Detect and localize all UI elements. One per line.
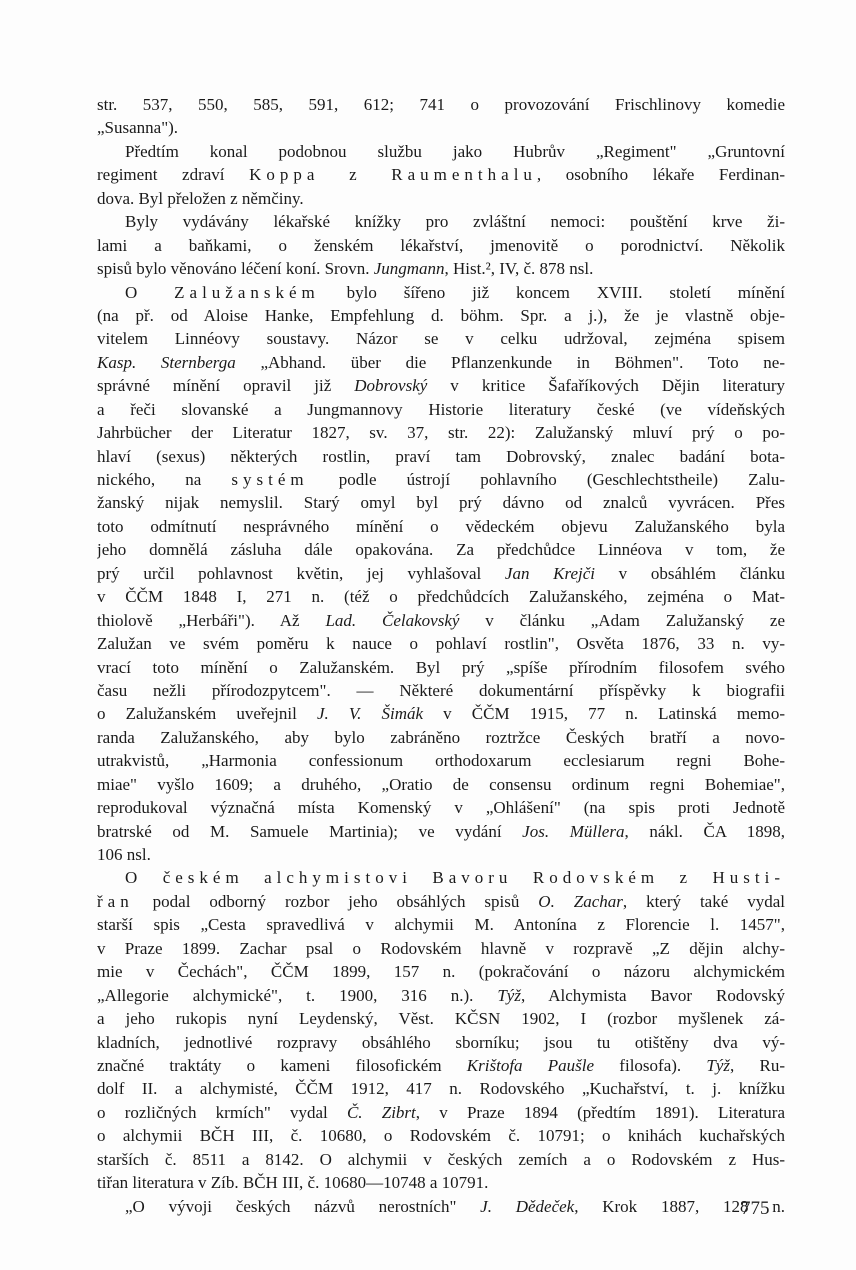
- text-line: bratrské od M. Samuele Martinia); ve vyd…: [97, 820, 785, 843]
- text-segment: Jahrbücher der Literatur 1827, sv. 37, s…: [97, 423, 785, 442]
- text-line: prý určil pohlavnost květin, jej vyhlašo…: [97, 562, 785, 585]
- text-line: str. 537, 550, 585, 591, 612; 741 o prov…: [97, 93, 785, 116]
- spaced-emphasis: Koppa z Raumenthalu: [249, 165, 537, 184]
- text-line: a řeči slovanské a Jungmannovy Historie …: [97, 398, 785, 421]
- text-line: „Susanna").: [97, 116, 785, 139]
- text-segment: starších č. 8511 a 8142. O alchymii v če…: [97, 1150, 785, 1169]
- text-line: starších č. 8511 a 8142. O alchymii v če…: [97, 1148, 785, 1171]
- italic-citation: Kasp. Sternberga: [97, 353, 236, 372]
- italic-citation: Týž: [497, 986, 521, 1005]
- text-segment: filosofa).: [594, 1056, 706, 1075]
- text-segment: podle ústrojí pohlavního (Geschlechtsthe…: [309, 470, 785, 489]
- text-segment: jeho domnělá zásluha dále opakována. Za …: [97, 540, 785, 559]
- text-line: O Zalužanském bylo šířeno již koncem XVI…: [97, 281, 785, 304]
- italic-citation: J. Dědeček: [480, 1197, 574, 1216]
- text-line: Předtím konal podobnou službu jako Hubrů…: [97, 140, 785, 163]
- italic-citation: Dobrovský: [354, 376, 427, 395]
- text-line: správné mínění opravil již Dobrovský v k…: [97, 374, 785, 397]
- text-line: řan podal odborný rozbor jeho obsáhlých …: [97, 890, 785, 913]
- text-segment: , Hist.², IV, č. 878 nsl.: [445, 259, 594, 278]
- page-number: 775: [741, 1198, 770, 1220]
- italic-citation: O. Zachar: [538, 892, 623, 911]
- text-segment: , Alchymista Bavor Rodovský: [521, 986, 785, 1005]
- text-segment: „Allegorie alchymické", t. 1900, 316 n.)…: [97, 986, 497, 1005]
- text-line: času nežli přírodozpytcem". — Některé do…: [97, 679, 785, 702]
- text-segment: kladních, jednotlivé rozpravy obsáhlého …: [97, 1033, 785, 1052]
- text-line: toto odmítnutí nesprávného mínění o věde…: [97, 515, 785, 538]
- text-segment: Předtím konal podobnou službu jako Hubrů…: [125, 142, 785, 161]
- text-segment: dolf II. a alchymisté, ČČM 1912, 417 n. …: [97, 1079, 785, 1098]
- text-segment: Byly vydávány lékařské knížky pro zvlášt…: [125, 212, 785, 231]
- text-segment: v Praze 1899. Zachar psal o Rodovském hl…: [97, 939, 785, 958]
- text-segment: „O vývoji českých názvů nerostních": [125, 1197, 480, 1216]
- text-line: randa Zalužanského, aby bylo zabráněno r…: [97, 726, 785, 749]
- italic-citation: Jungmann: [374, 259, 445, 278]
- text-line: o rozličných krmích" vydal Č. Zibrt, v P…: [97, 1101, 785, 1124]
- italic-citation: J. V. Šimák: [317, 704, 423, 723]
- text-segment: v kritice Šafaříkových Dějin literatury: [427, 376, 785, 395]
- text-line: a jeho rukopis nyní Leydenský, Věst. KČS…: [97, 1007, 785, 1030]
- text-line: značné traktáty o kameni filosofickém Kr…: [97, 1054, 785, 1077]
- text-segment: lami a baňkami, o ženském lékařství, jme…: [97, 236, 785, 255]
- text-segment: , v Praze 1894 (předtím 1891). Literatur…: [416, 1103, 785, 1122]
- text-segment: „Abhand. über die Pflanzenkunde in Böhme…: [236, 353, 785, 372]
- italic-citation: Lad. Čelakovský: [325, 611, 459, 630]
- text-line: hlaví (sexus) některých rostlin, praví t…: [97, 445, 785, 468]
- text-segment: bylo šířeno již koncem XVIII. století mí…: [320, 283, 785, 302]
- italic-citation: Č. Zibrt: [347, 1103, 416, 1122]
- book-page: str. 537, 550, 585, 591, 612; 741 o prov…: [0, 0, 856, 1270]
- text-line: thiolově „Herbáři"). Až Lad. Čelakovský …: [97, 609, 785, 632]
- text-line: starší spis „Cesta spravedlivá v alchymi…: [97, 913, 785, 936]
- text-segment: „Susanna").: [97, 118, 178, 137]
- text-line: jeho domnělá zásluha dále opakována. Za …: [97, 538, 785, 561]
- text-segment: vrací toto mínění o Zalužanském. Byl prý…: [97, 658, 785, 677]
- text-line: Zalužan ve svém poměru k nauce o pohlaví…: [97, 632, 785, 655]
- text-segment: správné mínění opravil již: [97, 376, 354, 395]
- spaced-emphasis: řan: [97, 892, 134, 911]
- text-line: „O vývoji českých názvů nerostních" J. D…: [97, 1195, 785, 1218]
- text-line: tiřan literatura v Zíb. BČH III, č. 1068…: [97, 1171, 785, 1194]
- text-segment: , který také vydal: [623, 892, 785, 911]
- text-segment: žanský nijak nemyslil. Starý omyl byl pr…: [97, 493, 785, 512]
- text-segment: a řeči slovanské a Jungmannovy Historie …: [97, 400, 785, 419]
- text-segment: podal odborný rozbor jeho obsáhlých spis…: [134, 892, 539, 911]
- text-line: (na př. od Aloise Hanke, Empfehlung d. b…: [97, 304, 785, 327]
- text-segment: thiolově „Herbáři"). Až: [97, 611, 325, 630]
- spaced-emphasis: systém: [231, 470, 308, 489]
- text-segment: , osobního lékaře Ferdinan-: [537, 165, 785, 184]
- text-segment: bratrské od M. Samuele Martinia); ve vyd…: [97, 822, 522, 841]
- text-segment: 106 nsl.: [97, 845, 151, 864]
- text-segment: , Ru-: [730, 1056, 785, 1075]
- text-line: dolf II. a alchymisté, ČČM 1912, 417 n. …: [97, 1077, 785, 1100]
- text-segment: o Zalužanském uveřejnil: [97, 704, 317, 723]
- text-segment: , nákl. ČA 1898,: [624, 822, 785, 841]
- italic-citation: Týž: [706, 1056, 730, 1075]
- text-line: regiment zdraví Koppa z Raumenthalu, oso…: [97, 163, 785, 186]
- text-line: utrakvistů, „Harmonia confessionum ortho…: [97, 749, 785, 772]
- text-segment: hlaví (sexus) některých rostlin, praví t…: [97, 447, 785, 466]
- text-segment: vitelem Linnéovy soustavy. Názor se v ce…: [97, 329, 785, 348]
- text-line: vitelem Linnéovy soustavy. Názor se v ce…: [97, 327, 785, 350]
- text-segment: v obsáhlém článku: [595, 564, 785, 583]
- text-line: miae" vyšlo 1609; a druhého, „Oratio de …: [97, 773, 785, 796]
- spaced-emphasis: O českém alchymistovi Bavoru Rodovském z…: [125, 868, 785, 887]
- text-line: o alchymii BČH III, č. 10680, o Rodovské…: [97, 1124, 785, 1147]
- text-line: Jahrbücher der Literatur 1827, sv. 37, s…: [97, 421, 785, 444]
- text-segment: Zalužan ve svém poměru k nauce o pohlaví…: [97, 634, 785, 653]
- text-segment: miae" vyšlo 1609; a druhého, „Oratio de …: [97, 775, 785, 794]
- text-line: Byly vydávány lékařské knížky pro zvlášt…: [97, 210, 785, 233]
- text-segment: značné traktáty o kameni filosofickém: [97, 1056, 467, 1075]
- text-line: lami a baňkami, o ženském lékařství, jme…: [97, 234, 785, 257]
- text-segment: tiřan literatura v Zíb. BČH III, č. 1068…: [97, 1173, 488, 1192]
- text-line: Kasp. Sternberga „Abhand. über die Pflan…: [97, 351, 785, 374]
- text-segment: o alchymii BČH III, č. 10680, o Rodovské…: [97, 1126, 785, 1145]
- text-line: nického, na systém podle ústrojí pohlavn…: [97, 468, 785, 491]
- text-segment: v článku „Adam Zalužanský ze: [459, 611, 785, 630]
- text-segment: (na př. od Aloise Hanke, Empfehlung d. b…: [97, 306, 785, 325]
- text-line: žanský nijak nemyslil. Starý omyl byl pr…: [97, 491, 785, 514]
- text-segment: str. 537, 550, 585, 591, 612; 741 o prov…: [97, 95, 785, 114]
- text-line: vrací toto mínění o Zalužanském. Byl prý…: [97, 656, 785, 679]
- text-line: v Praze 1899. Zachar psal o Rodovském hl…: [97, 937, 785, 960]
- text-line: v ČČM 1848 I, 271 n. (též o předchůdcích…: [97, 585, 785, 608]
- text-segment: utrakvistů, „Harmonia confessionum ortho…: [97, 751, 785, 770]
- text-line: „Allegorie alchymické", t. 1900, 316 n.)…: [97, 984, 785, 1007]
- text-segment: a jeho rukopis nyní Leydenský, Věst. KČS…: [97, 1009, 785, 1028]
- text-segment: času nežli přírodozpytcem". — Některé do…: [97, 681, 785, 700]
- text-segment: prý určil pohlavnost květin, jej vyhlašo…: [97, 564, 505, 583]
- text-segment: mie v Čechách", ČČM 1899, 157 n. (pokrač…: [97, 962, 785, 981]
- text-line: kladních, jednotlivé rozpravy obsáhlého …: [97, 1031, 785, 1054]
- text-segment: randa Zalužanského, aby bylo zabráněno r…: [97, 728, 785, 747]
- text-segment: o rozličných krmích" vydal: [97, 1103, 347, 1122]
- italic-citation: Jan Krejči: [505, 564, 595, 583]
- text-line: mie v Čechách", ČČM 1899, 157 n. (pokrač…: [97, 960, 785, 983]
- text-segment: reprodukoval význačná místa Komenský v „…: [97, 798, 785, 817]
- text-line: spisů bylo věnováno léčení koní. Srovn. …: [97, 257, 785, 280]
- text-segment: nického, na: [97, 470, 231, 489]
- italic-citation: Jos. Müllera: [522, 822, 624, 841]
- spaced-emphasis: O Zalužanském: [125, 283, 320, 302]
- text-segment: spisů bylo věnováno léčení koní. Srovn.: [97, 259, 374, 278]
- text-line: reprodukoval význačná místa Komenský v „…: [97, 796, 785, 819]
- text-line: O českém alchymistovi Bavoru Rodovském z…: [97, 866, 785, 889]
- text-segment: v ČČM 1915, 77 n. Latinská memo-: [423, 704, 785, 723]
- text-line: 106 nsl.: [97, 843, 785, 866]
- text-segment: v ČČM 1848 I, 271 n. (též o předchůdcích…: [97, 587, 785, 606]
- italic-citation: Krištofa Paušle: [467, 1056, 594, 1075]
- text-segment: regiment zdraví: [97, 165, 249, 184]
- text-segment: starší spis „Cesta spravedlivá v alchymi…: [97, 915, 785, 934]
- text-segment: dova. Byl přeložen z němčiny.: [97, 189, 304, 208]
- text-line: dova. Byl přeložen z němčiny.: [97, 187, 785, 210]
- text-segment: toto odmítnutí nesprávného mínění o věde…: [97, 517, 785, 536]
- body-text: str. 537, 550, 585, 591, 612; 741 o prov…: [97, 93, 785, 1218]
- text-line: o Zalužanském uveřejnil J. V. Šimák v ČČ…: [97, 702, 785, 725]
